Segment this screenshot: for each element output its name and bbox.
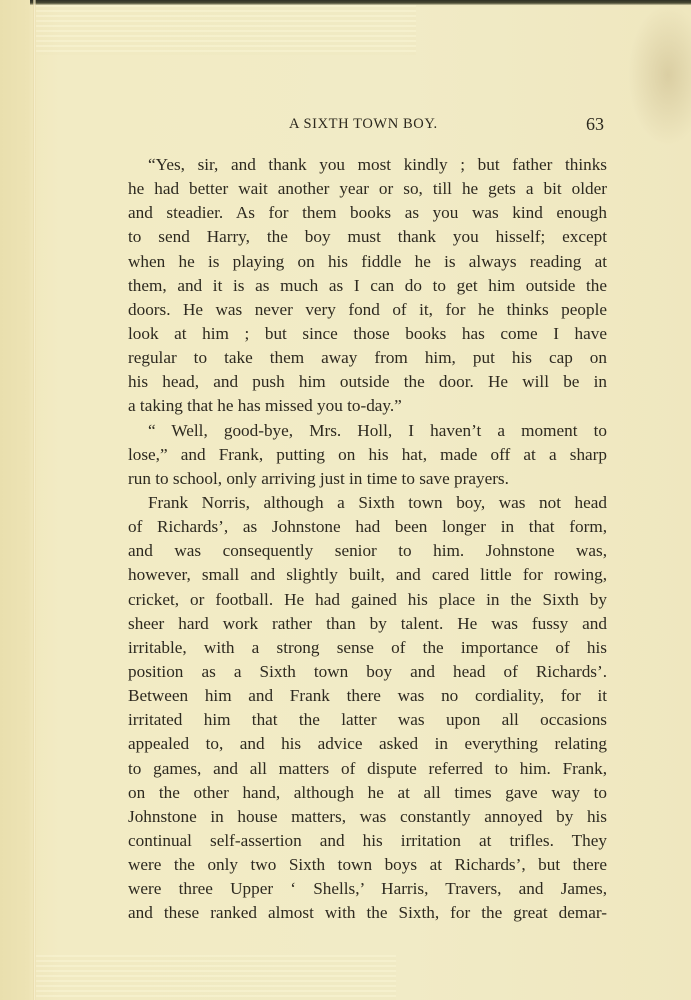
text-line: them, and it is as much as I can do to g… [128, 274, 607, 298]
running-head: A SIXTH TOWN BOY. 63 [0, 114, 691, 138]
text-line: when he is playing on his fiddle he is a… [128, 250, 607, 274]
text-line: continual self-assertion and his irritat… [128, 829, 607, 853]
text-line: run to school, only arriving just in tim… [128, 467, 607, 491]
text-line: a taking that he has missed you to-day.” [128, 394, 607, 418]
scan-artifact-bottom [36, 955, 396, 1000]
body-text: “Yes, sir, and thank you most kindly ; b… [128, 153, 607, 926]
text-line: look at him ; but since those books has … [128, 322, 607, 346]
text-line: sheer hard work rather than by talent. H… [128, 612, 607, 636]
text-line: of Richards’, as Johnstone had been long… [128, 515, 607, 539]
text-line: regular to take them away from him, put … [128, 346, 607, 370]
text-line: “ Well, good-bye, Mrs. Holl, I haven’t a… [128, 419, 607, 443]
text-line: he had better wait another year or so, t… [128, 177, 607, 201]
text-line: appealed to, and his advice asked in eve… [128, 732, 607, 756]
text-line: and was consequently senior to him. John… [128, 539, 607, 563]
text-line: “Yes, sir, and thank you most kindly ; b… [128, 153, 607, 177]
text-line: however, small and slightly built, and c… [128, 563, 607, 587]
scan-artifact-top [36, 5, 416, 55]
text-line: position as a Sixth town boy and head of… [128, 660, 607, 684]
text-line: to games, and all matters of dispute ref… [128, 757, 607, 781]
binding-gutter [33, 0, 36, 1000]
text-line: irritable, with a strong sense of the im… [128, 636, 607, 660]
text-line: were three Upper ‘ Shells,’ Harris, Trav… [128, 877, 607, 901]
text-line: Between him and Frank there was no cordi… [128, 684, 607, 708]
text-line: irritated him that the latter was upon a… [128, 708, 607, 732]
book-page: A SIXTH TOWN BOY. 63 “Yes, sir, and than… [0, 0, 691, 1000]
text-line: Johnstone in house matters, was constant… [128, 805, 607, 829]
text-line: and steadier. As for them books as you w… [128, 201, 607, 225]
text-line: to send Harry, the boy must thank you hi… [128, 225, 607, 249]
text-line: cricket, or football. He had gained his … [128, 588, 607, 612]
text-line: on the other hand, although he at all ti… [128, 781, 607, 805]
text-line: and these ranked almost with the Sixth, … [128, 901, 607, 925]
page-number: 63 [586, 114, 604, 135]
text-line: doors. He was never very fond of it, for… [128, 298, 607, 322]
text-line: lose,” and Frank, putting on his hat, ma… [128, 443, 607, 467]
running-title: A SIXTH TOWN BOY. [289, 116, 438, 133]
text-line: Frank Norris, although a Sixth town boy,… [128, 491, 607, 515]
text-line: were the only two Sixth town boys at Ric… [128, 853, 607, 877]
text-line: his head, and push him outside the door.… [128, 370, 607, 394]
